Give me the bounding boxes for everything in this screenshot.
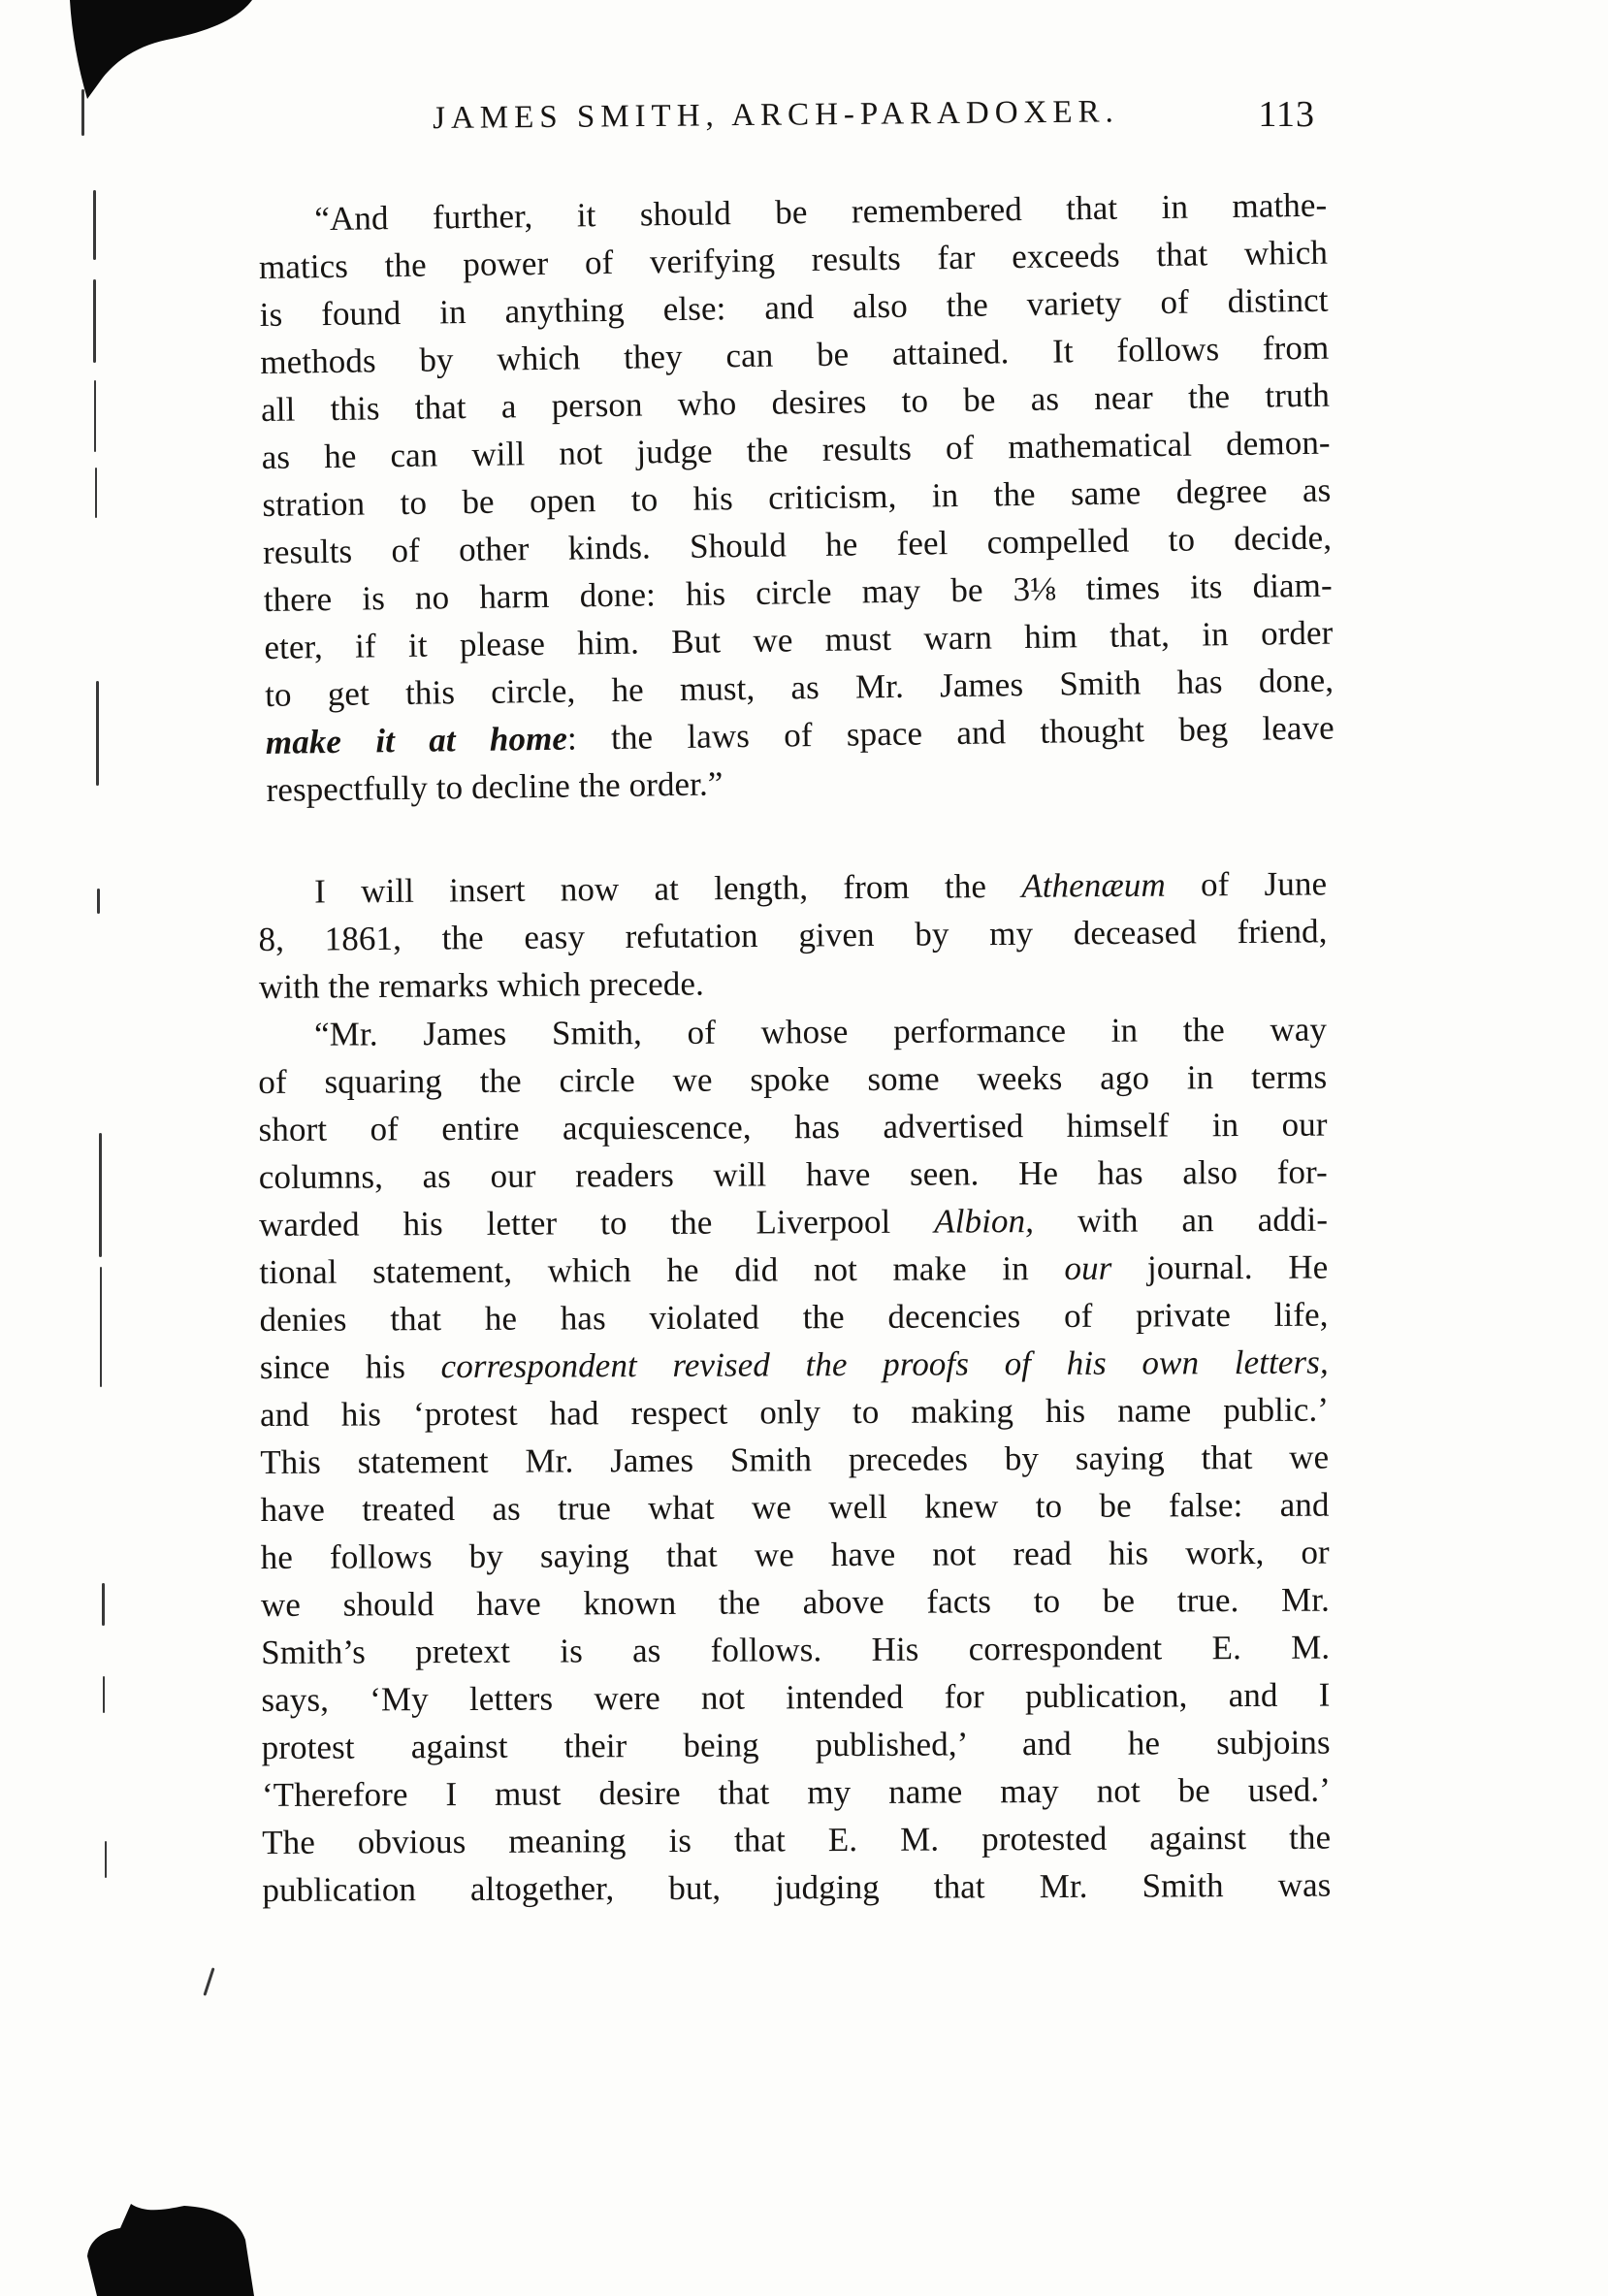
text-line: ‘Therefore I must desire that my name ma… <box>262 1766 1331 1819</box>
text-segment: warded his letter to the Liverpool <box>259 1203 934 1244</box>
text-segment: have treated as true what we well knew t… <box>260 1486 1329 1529</box>
text-segment: 8, 1861, the easy refutation given by my… <box>258 912 1327 958</box>
margin-mark <box>97 889 100 914</box>
margin-mark <box>96 681 99 786</box>
margin-mark <box>100 1267 102 1387</box>
text-segment: and his ‘protest had respect only to mak… <box>260 1391 1329 1434</box>
text-line: tional statement, which he did not make … <box>259 1244 1328 1296</box>
margin-mark <box>99 1133 102 1257</box>
margin-mark <box>105 1841 107 1878</box>
text-segment: we should have known the above facts to … <box>261 1581 1330 1624</box>
margin-mark <box>81 89 84 136</box>
text-segment: The obvious meaning is that E. M. protes… <box>262 1819 1331 1861</box>
text-segment: Albion, <box>934 1202 1034 1241</box>
text-segment: denies that he has violated the decencie… <box>259 1296 1328 1339</box>
text-line: publication altogether, but, judging tha… <box>262 1861 1331 1914</box>
text-segment: : the laws of space and thought beg leav… <box>567 709 1335 758</box>
text-line: 8, 1861, the easy refutation given by my… <box>258 907 1327 963</box>
margin-mark <box>94 380 96 452</box>
text-line: says, ‘My letters were not intended for … <box>261 1671 1330 1724</box>
text-segment: says, ‘My letters were not intended for … <box>261 1676 1330 1719</box>
margin-mark <box>95 468 97 518</box>
text-segment: of squaring the circle we spoke some wee… <box>258 1058 1327 1101</box>
text-segment: since his <box>260 1347 441 1386</box>
text-line: and his ‘protest had respect only to mak… <box>260 1386 1329 1439</box>
text-segment: short of entire acquiescence, has advert… <box>259 1106 1328 1148</box>
paragraph-quote-mathematics: “And further, it should be remembered th… <box>258 181 1335 814</box>
page-number: 113 <box>1224 93 1315 136</box>
text-line: Smith’s pretext is as follows. His corre… <box>261 1624 1330 1676</box>
text-segment: This statement Mr. James Smith precedes … <box>260 1439 1329 1481</box>
paragraph-insert-athenaeum: I will insert now at length, from the At… <box>258 859 1328 1011</box>
text-segment: Athenæum <box>1021 866 1166 905</box>
margin-mark <box>93 279 96 363</box>
text-line: since his correspondent revised the proo… <box>260 1339 1329 1391</box>
text-segment: columns, as our readers will have seen. … <box>259 1153 1328 1196</box>
text-line: This statement Mr. James Smith precedes … <box>260 1434 1329 1486</box>
text-segment: publication altogether, but, judging tha… <box>262 1866 1331 1909</box>
text-segment: protest against their being published,’ … <box>262 1724 1331 1766</box>
text-line: warded his letter to the Liverpool Albio… <box>259 1196 1328 1248</box>
margin-mark <box>203 1967 214 1995</box>
text-segment: tional statement, which he did not make … <box>259 1249 1064 1291</box>
text-segment: “Mr. James Smith, of whose performance i… <box>314 1011 1327 1053</box>
text-line: denies that he has violated the decencie… <box>259 1291 1328 1343</box>
text-line: columns, as our readers will have seen. … <box>259 1148 1328 1201</box>
book-page: JAMES SMITH, ARCH-PARADOXER. 113 “And fu… <box>0 0 1608 2296</box>
text-segment: with the remarks which precede. <box>259 964 704 1006</box>
margin-mark <box>103 1676 105 1713</box>
paragraph-quote-mr-james-smith: “Mr. James Smith, of whose performance i… <box>258 1006 1332 1914</box>
text-line: protest against their being published,’ … <box>262 1719 1331 1771</box>
scan-smudge-bottom-left <box>76 2194 265 2296</box>
scan-smudge-top-left <box>56 0 260 105</box>
text-segment: journal. He <box>1111 1248 1328 1287</box>
running-title: JAMES SMITH, ARCH-PARADOXER. <box>433 94 1119 136</box>
text-segment: with an addi- <box>1034 1201 1328 1240</box>
text-line: I will insert now at length, from the At… <box>258 859 1327 916</box>
text-line: he follows by saying that we have not re… <box>261 1529 1330 1581</box>
text-segment: ‘Therefore I must desire that my name ma… <box>262 1771 1331 1814</box>
text-segment: I will insert now at length, from the <box>314 867 1021 911</box>
text-line: short of entire acquiescence, has advert… <box>258 1101 1327 1153</box>
text-segment: correspondent revised the proofs of his … <box>441 1343 1329 1385</box>
margin-mark <box>102 1583 105 1626</box>
text-segment: he follows by saying that we have not re… <box>261 1534 1330 1576</box>
text-line: have treated as true what we well knew t… <box>260 1481 1329 1534</box>
text-segment: Smith’s pretext is as follows. His corre… <box>261 1629 1330 1671</box>
text-line: of squaring the circle we spoke some wee… <box>258 1053 1327 1106</box>
page-text: “And further, it should be remembered th… <box>258 196 1327 1914</box>
margin-mark <box>93 190 96 260</box>
text-line: with the remarks which precede. <box>259 954 1328 1011</box>
text-segment: our <box>1064 1249 1111 1287</box>
text-segment: of June <box>1166 864 1328 903</box>
text-line: The obvious meaning is that E. M. protes… <box>262 1814 1331 1866</box>
text-segment: respectfully to decline the order.” <box>266 764 723 809</box>
text-line: “Mr. James Smith, of whose performance i… <box>258 1006 1327 1058</box>
text-line: we should have known the above facts to … <box>261 1576 1330 1629</box>
running-header: JAMES SMITH, ARCH-PARADOXER. <box>242 92 1309 139</box>
text-segment: make it at home <box>266 720 568 761</box>
